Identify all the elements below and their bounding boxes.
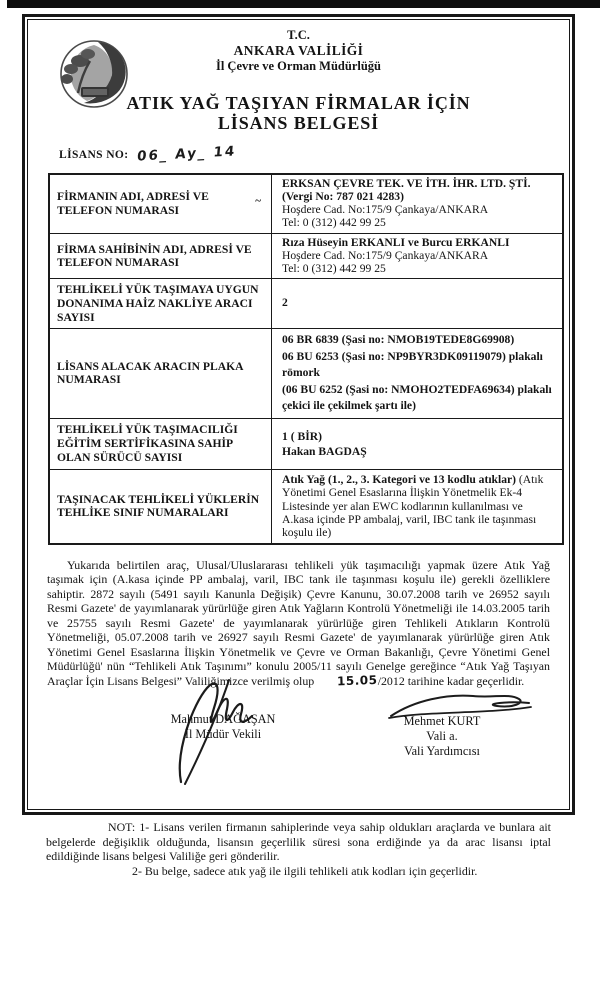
table-value-text: Hoşdere Cad. No:175/9 Çankaya/ANKARA — [282, 203, 488, 216]
table-value-line: Hakan BAGDAŞ — [282, 444, 554, 459]
tree-crescent-icon — [54, 35, 132, 115]
table-label-cell: FİRMANIN ADI, ADRESİ VE TELEFON NUMARASI… — [50, 175, 272, 233]
table-value-text: Tel: 0 (312) 442 99 25 — [282, 216, 386, 229]
table-row: FİRMANIN ADI, ADRESİ VE TELEFON NUMARASI… — [50, 175, 562, 234]
signature-area: Mahmut DAĞAŞAN İl Müdür Vekili Mehmet KU… — [45, 688, 552, 790]
note-item-1: NOT: 1- Lisans verilen firmanın sahipler… — [46, 820, 551, 863]
signatory-right-title1: Vali a. — [357, 729, 527, 744]
table-value-text: 06 BR 6839 (Şasi no: NMOB19TEDE8G69908) — [282, 333, 514, 346]
body-paragraph-text: Yukarıda belirtilen araç, Ulusal/Uluslar… — [47, 558, 550, 688]
note-item-2: 2- Bu belge, sadece atık yağ ile ilgili … — [132, 864, 551, 878]
table-value-cell: ERKSAN ÇEVRE TEK. VE İTH. İHR. LTD. ŞTİ.… — [272, 175, 562, 233]
table-value-text: 06 BU 6253 (Şasi no: NP9BYR3DK09119079) … — [282, 350, 543, 380]
table-value-text: Hoşdere Cad. No:175/9 Çankaya/ANKARA — [282, 249, 488, 262]
table-value-cell: 06 BR 6839 (Şasi no: NMOB19TEDE8G69908)0… — [272, 329, 562, 418]
table-value-line: 1 ( BİR) — [282, 429, 554, 444]
body-paragraph-tail: /2012 tarihine kadar geçerlidir. — [378, 674, 525, 688]
table-label-cell: TEHLİKELİ YÜK TAŞIMACILIĞI EĞİTİM SERTİF… — [50, 419, 272, 469]
table-row: LİSANS ALACAK ARACIN PLAKA NUMARASI06 BR… — [50, 329, 562, 419]
scan-top-band — [7, 0, 600, 8]
signatory-right-name: Mehmet KURT — [357, 714, 527, 729]
table-value-cell: 2 — [272, 279, 562, 328]
signatory-left-title: İl Müdür Vekili — [123, 727, 323, 742]
table-value-line: (06 BU 6252 (Şasi no: NMOHO2TEDFA69634) … — [282, 382, 554, 415]
table-row: TEHLİKELİ YÜK TAŞIMAYA UYGUN DONANIMA HA… — [50, 279, 562, 329]
signatory-right: Mehmet KURT Vali a. Vali Yardımcısı — [357, 714, 527, 759]
table-label-text: TEHLİKELİ YÜK TAŞIMACILIĞI EĞİTİM SERTİF… — [57, 423, 261, 464]
table-value-text: 2 — [282, 296, 288, 309]
table-value-text: (Vergi No: 787 021 4283) — [282, 190, 404, 203]
table-value-line: Atık Yağ (1., 2., 3. Kategori ve 13 kodl… — [282, 473, 554, 540]
table-value-text: ERKSAN ÇEVRE TEK. VE İTH. İHR. LTD. ŞTİ. — [282, 177, 530, 190]
signatory-left-name: Mahmut DAĞAŞAN — [123, 712, 323, 727]
table-label-text: FİRMA SAHİBİNİN ADI, ADRESİ VE TELEFON N… — [57, 243, 261, 270]
table-value-cell: 1 ( BİR)Hakan BAGDAŞ — [272, 419, 562, 469]
signatory-left: Mahmut DAĞAŞAN İl Müdür Vekili — [123, 712, 323, 742]
table-value-text: (06 BU 6252 (Şasi no: NMOHO2TEDFA69634) … — [282, 383, 552, 413]
license-number-line: LİSANS NO: 06_ Ay_ 14 — [59, 146, 552, 166]
license-details-table: FİRMANIN ADI, ADRESİ VE TELEFON NUMARASI… — [48, 173, 564, 545]
table-value-cell: Atık Yağ (1., 2., 3. Kategori ve 13 kodl… — [272, 470, 562, 543]
table-value-text: Rıza Hüseyin ERKANLI ve Burcu ERKANLI — [282, 236, 510, 249]
validity-date-handwritten: 15.05 — [317, 673, 378, 690]
table-value-cell: Rıza Hüseyin ERKANLI ve Burcu ERKANLIHoş… — [272, 234, 562, 279]
table-label-cell: LİSANS ALACAK ARACIN PLAKA NUMARASI — [50, 329, 272, 418]
table-row: TEHLİKELİ YÜK TAŞIMACILIĞI EĞİTİM SERTİF… — [50, 419, 562, 470]
notes-section: NOT: 1- Lisans verilen firmanın sahipler… — [46, 820, 551, 879]
license-number-handwritten: 06_ Ay_ 14 — [136, 143, 237, 164]
table-label-text: TEHLİKELİ YÜK TAŞIMAYA UYGUN DONANIMA HA… — [57, 283, 261, 324]
document-title-line2: LİSANS BELGESİ — [45, 114, 552, 134]
scanned-license-document: T.C. ANKARA VALİLİĞİ İl Çevre ve Orman M… — [0, 0, 600, 988]
table-value-text: 1 ( BİR) — [282, 430, 322, 443]
document-frame-inner: T.C. ANKARA VALİLİĞİ İl Çevre ve Orman M… — [27, 19, 570, 810]
table-value-text: Tel: 0 (312) 442 99 25 — [282, 262, 386, 275]
table-value-text: Hakan BAGDAŞ — [282, 445, 367, 458]
table-value-line: 06 BU 6253 (Şasi no: NP9BYR3DK09119079) … — [282, 349, 554, 382]
ministry-emblem-logo — [54, 35, 132, 115]
table-label-text: FİRMANIN ADI, ADRESİ VE TELEFON NUMARASI — [57, 190, 261, 217]
scan-tilde-mark: ~ — [255, 195, 261, 209]
table-label-text: LİSANS ALACAK ARACIN PLAKA NUMARASI — [57, 360, 261, 387]
body-paragraph: Yukarıda belirtilen araç, Ulusal/Uluslar… — [47, 558, 550, 689]
table-value-line: 06 BR 6839 (Şasi no: NMOB19TEDE8G69908) — [282, 332, 554, 349]
table-label-cell: TAŞINACAK TEHLİKELİ YÜKLERİN TEHLİKE SIN… — [50, 470, 272, 543]
table-value-line: Tel: 0 (312) 442 99 25 — [282, 263, 554, 276]
table-label-text: TAŞINACAK TEHLİKELİ YÜKLERİN TEHLİKE SIN… — [57, 493, 261, 520]
table-row: FİRMA SAHİBİNİN ADI, ADRESİ VE TELEFON N… — [50, 234, 562, 280]
signatory-right-title2: Vali Yardımcısı — [357, 744, 527, 759]
table-value-text: Atık Yağ (1., 2., 3. Kategori ve 13 kodl… — [282, 473, 519, 486]
document-frame: T.C. ANKARA VALİLİĞİ İl Çevre ve Orman M… — [22, 14, 575, 815]
table-value-line: 2 — [282, 297, 554, 310]
table-label-cell: TEHLİKELİ YÜK TAŞIMAYA UYGUN DONANIMA HA… — [50, 279, 272, 328]
table-value-line: Tel: 0 (312) 442 99 25 — [282, 217, 554, 230]
license-number-label: LİSANS NO: — [59, 149, 129, 161]
table-label-cell: FİRMA SAHİBİNİN ADI, ADRESİ VE TELEFON N… — [50, 234, 272, 279]
table-row: TAŞINACAK TEHLİKELİ YÜKLERİN TEHLİKE SIN… — [50, 470, 562, 543]
